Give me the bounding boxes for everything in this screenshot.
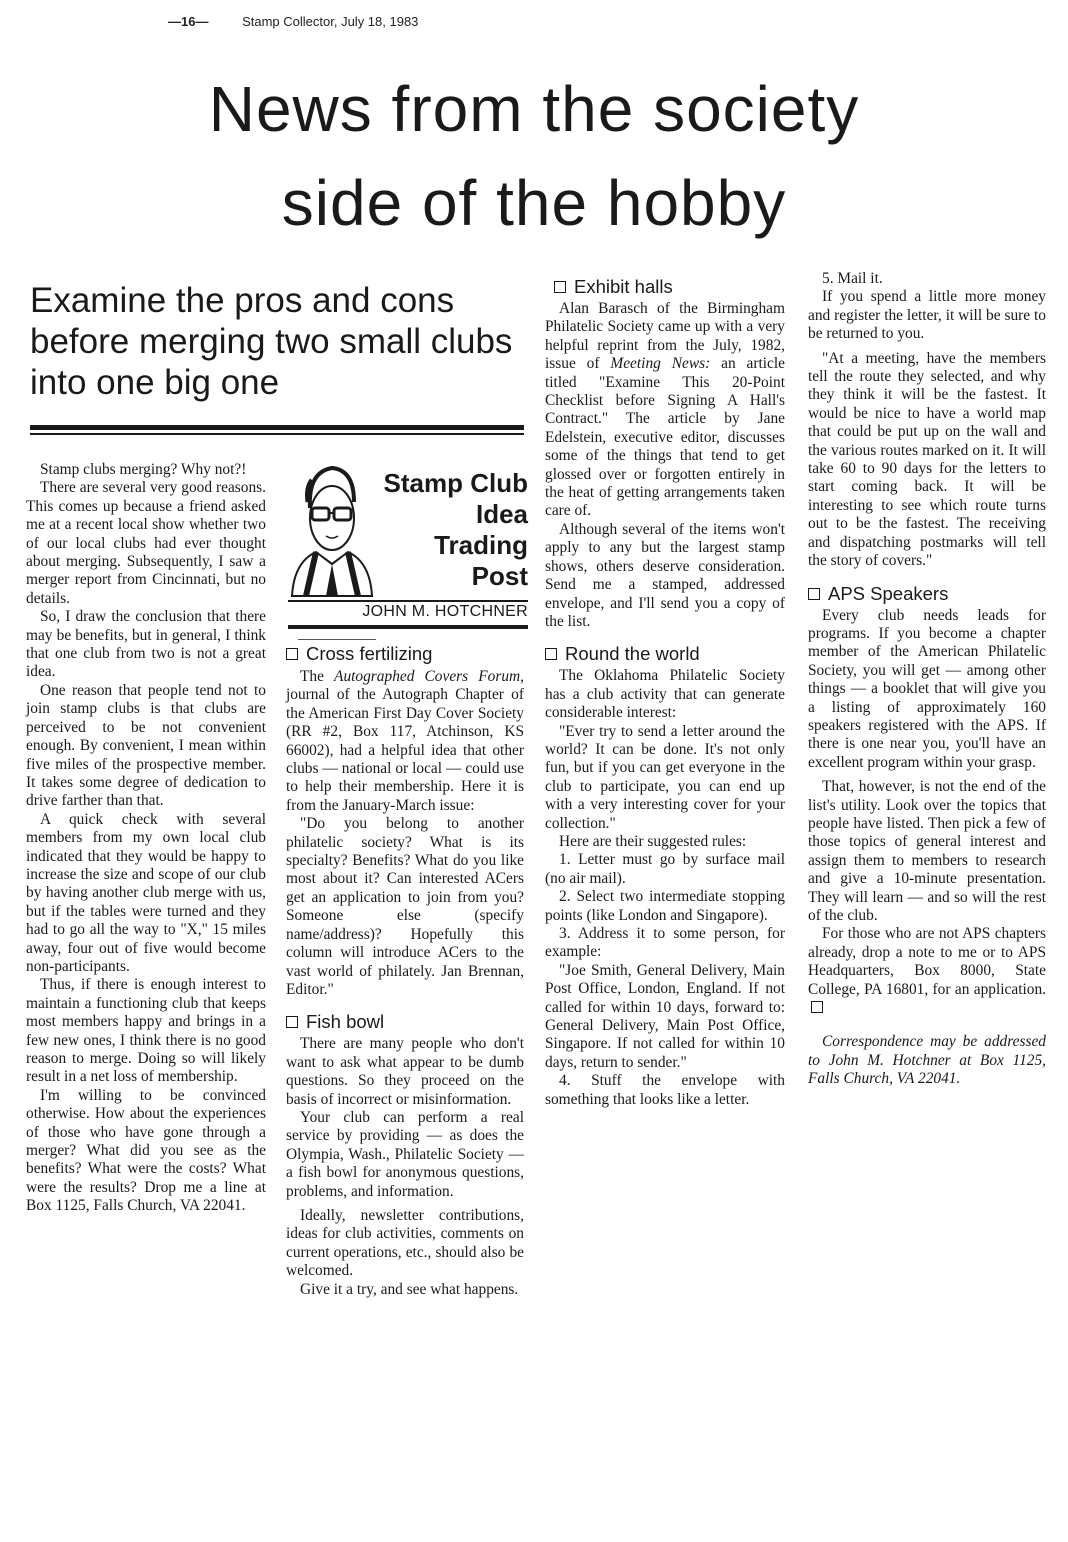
article-paragraph: There are several very good reasons. Thi…: [26, 479, 266, 608]
article-paragraph: A quick check with several members from …: [26, 811, 266, 977]
article-column-4: 5. Mail it. If you spend a little more m…: [808, 270, 1046, 1089]
checkbox-bullet-icon: [808, 588, 820, 600]
logo-rule: [288, 625, 528, 629]
subhead-cross-fertilizing: Cross fertilizing: [286, 643, 432, 665]
correspondence-note: Correspondence may be addressed to John …: [808, 1033, 1046, 1088]
article-paragraph: That, however, is not the end of the lis…: [808, 778, 1046, 925]
checkbox-bullet-icon: [545, 648, 557, 660]
article-paragraph: Stamp clubs merging? Why not?!: [26, 461, 266, 479]
text-run: an article titled "Examine This 20-Point…: [545, 355, 785, 519]
article-column-2: The Autographed Covers Forum, journal of…: [286, 668, 524, 1299]
article-paragraph: The Oklahoma Philatelic Society has a cl…: [545, 667, 785, 722]
publication-title: Autographed Covers Forum: [334, 668, 520, 685]
publication-title: Meeting News:: [610, 355, 710, 372]
column-title-line: Trading: [384, 530, 528, 561]
rule-item: 1. Letter must go by surface mail (no ai…: [545, 851, 785, 888]
subhead-exhibit-halls: Exhibit halls: [554, 276, 673, 298]
text-run: , journal of the Autograph Chapter of th…: [286, 668, 524, 814]
article-paragraph: There are many people who don't want to …: [286, 1035, 524, 1109]
page-number: —16—: [168, 14, 208, 29]
article-paragraph: "Joe Smith, General Delivery, Main Post …: [545, 962, 785, 1072]
article-headline: Examine the pros and cons before merging…: [30, 280, 530, 403]
masthead-line-2: side of the hobby: [0, 156, 1068, 250]
text-run: The: [300, 668, 334, 685]
article-paragraph: Ideally, newsletter contributions, ideas…: [286, 1207, 524, 1281]
article-paragraph: For those who are not APS chapters alrea…: [808, 925, 1046, 1017]
rule-item: 3. Address it to some person, for exampl…: [545, 925, 785, 962]
article-paragraph: Give it a try, and see what happens.: [286, 1281, 524, 1299]
checkbox-bullet-icon: [554, 281, 566, 293]
subhead-label: Cross fertilizing: [306, 643, 432, 665]
subhead-fish-bowl: Fish bowl: [286, 1011, 524, 1033]
author-portrait-icon: [288, 458, 374, 600]
article-paragraph: Thus, if there is enough interest to mai…: [26, 976, 266, 1086]
article-paragraph: "Ever try to send a letter around the wo…: [545, 723, 785, 833]
end-mark-icon: [811, 1001, 823, 1013]
article-paragraph: So, I draw the conclusion that there may…: [26, 608, 266, 682]
rule-item: 5. Mail it.: [808, 270, 1046, 288]
column-title-line: Stamp Club: [384, 468, 528, 499]
article-paragraph: Alan Barasch of the Birmingham Philateli…: [545, 300, 785, 521]
article-paragraph: Your club can perform a real service by …: [286, 1109, 524, 1201]
text-run: For those who are not APS chapters alrea…: [808, 925, 1046, 997]
article-column-1: Stamp clubs merging? Why not?! There are…: [26, 461, 266, 1216]
headline-rule-thick: [30, 425, 524, 430]
column-title-line: Idea: [384, 499, 528, 530]
correspondence-text: Correspondence may be addressed to John …: [808, 1033, 1046, 1087]
article-paragraph: If you spend a little more money and reg…: [808, 288, 1046, 343]
checkbox-bullet-icon: [286, 648, 298, 660]
subhead-label: Fish bowl: [306, 1011, 384, 1033]
author-byline: JOHN M. HOTCHNER: [362, 602, 528, 622]
rule-item: 2. Select two intermediate stopping poin…: [545, 888, 785, 925]
logo-short-rule: [298, 639, 376, 640]
article-paragraph: Every club needs leads for programs. If …: [808, 607, 1046, 773]
article-paragraph: The Autographed Covers Forum, journal of…: [286, 668, 524, 815]
column-title: Stamp Club Idea Trading Post: [384, 468, 528, 592]
subhead-label: APS Speakers: [828, 583, 948, 605]
page-folio: —16— Stamp Collector, July 18, 1983: [168, 14, 418, 29]
subhead-round-the-world: Round the world: [545, 643, 785, 665]
column-title-line: Post: [384, 561, 528, 592]
article-paragraph: "Do you belong to another philatelic soc…: [286, 815, 524, 999]
article-paragraph: I'm willing to be convinced otherwise. H…: [26, 1087, 266, 1216]
rule-item: 4. Stuff the envelope with something tha…: [545, 1072, 785, 1109]
headline-rule-thin: [30, 433, 524, 435]
article-paragraph: Although several of the items won't appl…: [545, 521, 785, 631]
publication-dateline: Stamp Collector, July 18, 1983: [242, 14, 418, 29]
checkbox-bullet-icon: [286, 1016, 298, 1028]
subhead-label: Round the world: [565, 643, 700, 665]
masthead-line-1: News from the society: [0, 62, 1068, 156]
subhead-label: Exhibit halls: [574, 276, 673, 298]
article-column-3: Alan Barasch of the Birmingham Philateli…: [545, 300, 785, 1109]
article-paragraph: Here are their suggested rules:: [545, 833, 785, 851]
section-masthead: News from the society side of the hobby: [0, 62, 1068, 250]
subhead-aps-speakers: APS Speakers: [808, 583, 1046, 605]
column-logo: Stamp Club Idea Trading Post JOHN M. HOT…: [286, 458, 528, 638]
article-paragraph: "At a meeting, have the members tell the…: [808, 350, 1046, 571]
article-paragraph: One reason that people tend not to join …: [26, 682, 266, 811]
